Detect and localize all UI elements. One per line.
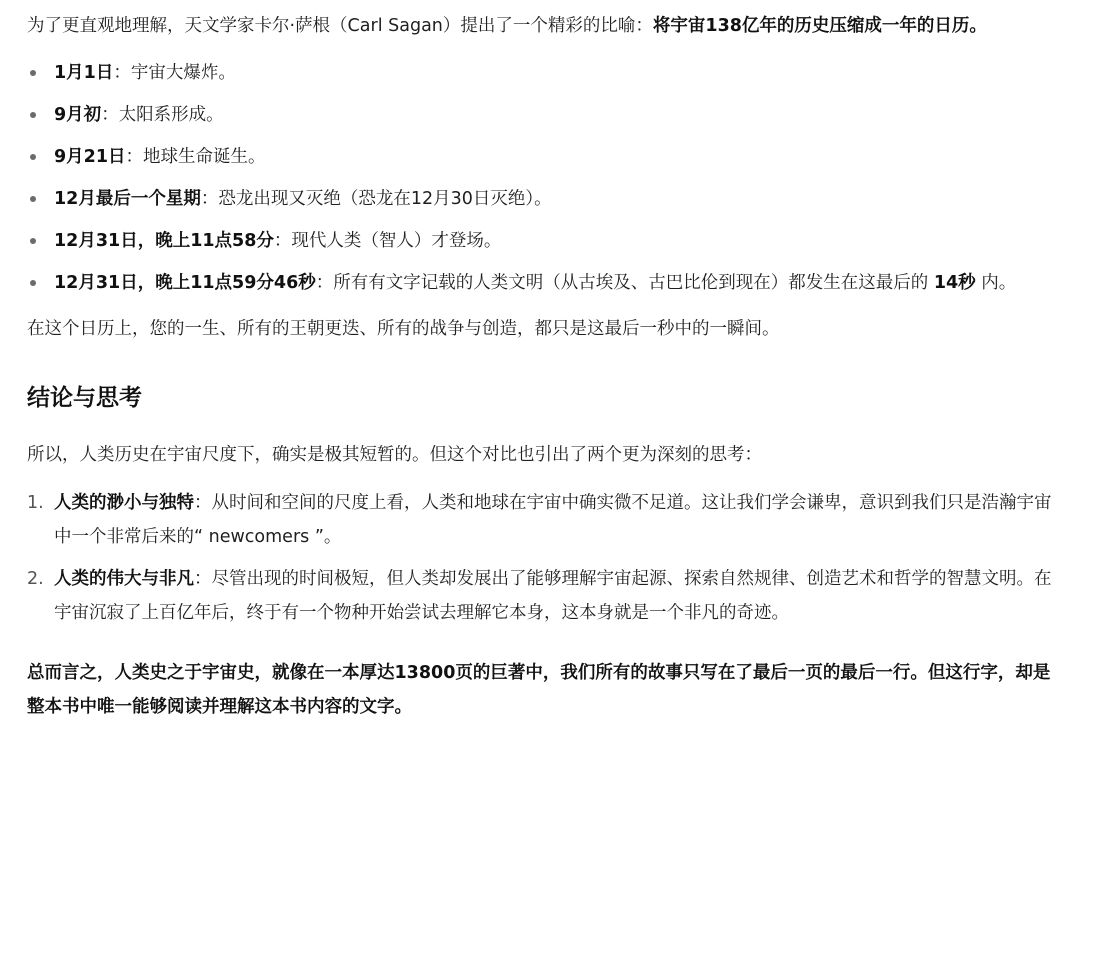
separator: ： <box>201 189 219 209</box>
calendar-summary: 在这个日历上，您的一生、所有的王朝更迭、所有的战争与创造，都只是这最后一秒中的一… <box>27 312 1067 346</box>
bullet-icon <box>30 112 36 118</box>
timeline-event: 太阳系形成。 <box>119 105 224 125</box>
timeline-date: 12月31日，晚上11点59分46秒 <box>54 273 316 293</box>
thoughts-list: 1.人类的渺小与独特：从时间和空间的尺度上看，人类和地球在宇宙中确实微不足道。这… <box>27 486 1067 630</box>
list-number: 2. <box>27 562 44 596</box>
bullet-icon <box>30 280 36 286</box>
section-heading: 结论与思考 <box>27 381 1067 415</box>
list-item: 2.人类的伟大与非凡：尽管出现的时间极短，但人类却发展出了能够理解宇宙起源、探索… <box>27 562 1067 630</box>
separator: ： <box>194 569 212 589</box>
timeline-event: 所有有文字记载的人类文明（从古埃及、古巴比伦到现在）都发生在这最后的 <box>333 273 934 293</box>
list-item: 12月31日，晚上11点59分46秒：所有有文字记载的人类文明（从古埃及、古巴比… <box>27 266 1067 300</box>
list-item: 9月初：太阳系形成。 <box>27 98 1067 132</box>
bullet-icon <box>30 196 36 202</box>
timeline-bold-duration: 14秒 <box>934 273 976 293</box>
list-item: 12月31日，晚上11点58分：现代人类（智人）才登场。 <box>27 224 1067 258</box>
timeline-tail: 内。 <box>976 273 1017 293</box>
list-item: 9月21日：地球生命诞生。 <box>27 140 1067 174</box>
separator: ： <box>101 105 119 125</box>
bullet-icon <box>30 238 36 244</box>
list-number: 1. <box>27 486 44 520</box>
point-title: 人类的伟大与非凡 <box>54 569 194 589</box>
separator: ： <box>316 273 334 293</box>
timeline-event: 现代人类（智人）才登场。 <box>291 231 501 251</box>
timeline-date: 12月最后一个星期 <box>54 189 201 209</box>
point-title: 人类的渺小与独特 <box>54 493 194 513</box>
separator: ： <box>274 231 292 251</box>
timeline-date: 9月初 <box>54 105 101 125</box>
final-summary: 总而言之，人类史之于宇宙史，就像在一本厚达13800页的巨著中，我们所有的故事只… <box>27 656 1067 724</box>
separator: ： <box>126 147 144 167</box>
article-body: 为了更直观地理解，天文学家卡尔·萨根（Carl Sagan）提出了一个精彩的比喻… <box>0 0 1095 724</box>
timeline-event: 地球生命诞生。 <box>143 147 266 167</box>
list-item: 1.人类的渺小与独特：从时间和空间的尺度上看，人类和地球在宇宙中确实微不足道。这… <box>27 486 1067 554</box>
list-item: 12月最后一个星期：恐龙出现又灭绝（恐龙在12月30日灭绝）。 <box>27 182 1067 216</box>
timeline-event: 宇宙大爆炸。 <box>131 63 236 83</box>
intro-text: 为了更直观地理解，天文学家卡尔·萨根（Carl Sagan）提出了一个精彩的比喻… <box>27 16 653 36</box>
list-item: 1月1日：宇宙大爆炸。 <box>27 56 1067 90</box>
separator: ： <box>194 493 212 513</box>
bullet-icon <box>30 154 36 160</box>
separator: ： <box>113 63 131 83</box>
intro-bold-text: 将宇宙138亿年的历史压缩成一年的日历。 <box>653 16 987 36</box>
bullet-icon <box>30 70 36 76</box>
timeline-date: 9月21日 <box>54 147 126 167</box>
timeline-date: 12月31日，晚上11点58分 <box>54 231 274 251</box>
intro-paragraph: 为了更直观地理解，天文学家卡尔·萨根（Carl Sagan）提出了一个精彩的比喻… <box>27 0 1067 43</box>
timeline-date: 1月1日 <box>54 63 113 83</box>
cosmic-calendar-list: 1月1日：宇宙大爆炸。 9月初：太阳系形成。 9月21日：地球生命诞生。 12月… <box>27 56 1067 300</box>
conclusion-lead: 所以，人类历史在宇宙尺度下，确实是极其短暂的。但这个对比也引出了两个更为深刻的思… <box>27 438 1067 472</box>
timeline-event: 恐龙出现又灭绝（恐龙在12月30日灭绝）。 <box>218 189 551 209</box>
